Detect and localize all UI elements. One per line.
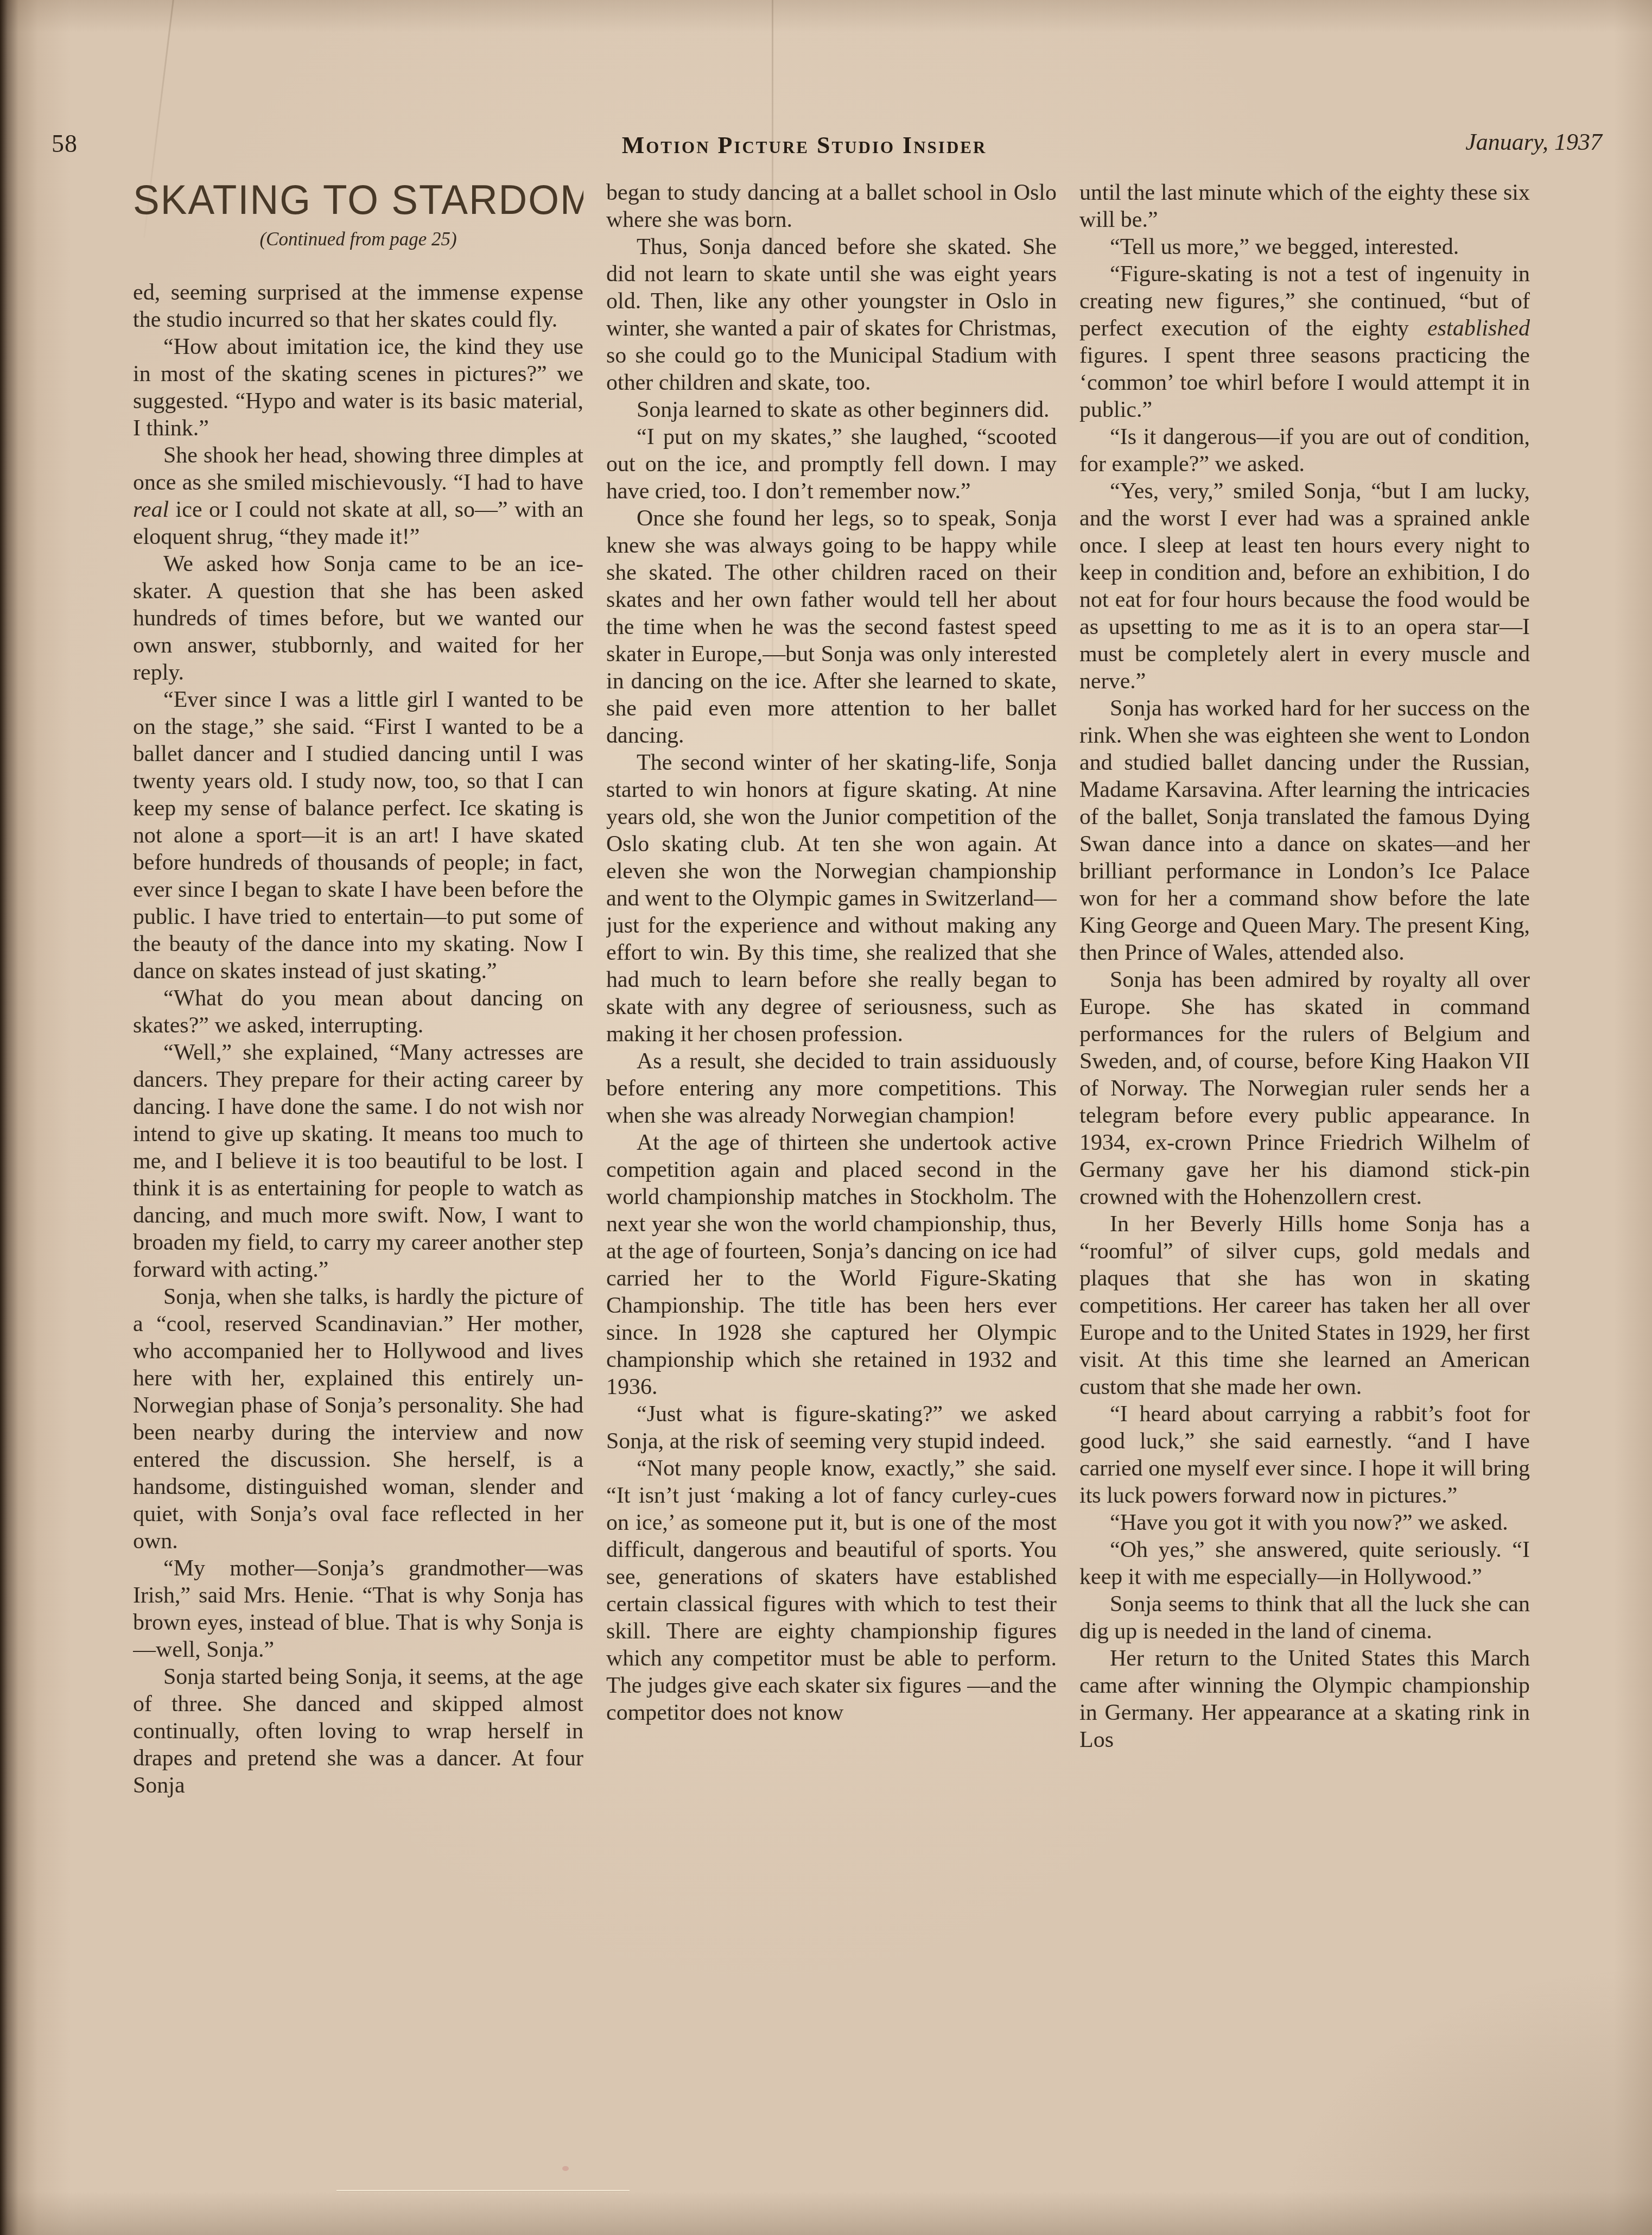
paragraph: “Oh yes,” she answered, quite seriously.… xyxy=(1079,1536,1530,1591)
paper-crease-vertical xyxy=(772,0,773,814)
paragraph: “Just what is figure-skating?” we asked … xyxy=(606,1401,1057,1455)
paragraph: She shook her head, showing three dimple… xyxy=(133,442,583,550)
paragraph: “Well,” she explained, “Many actresses a… xyxy=(133,1039,583,1283)
paragraph: The second winter of her skating-life, S… xyxy=(606,749,1057,1048)
text-column-3: until the last minute which of the eight… xyxy=(1079,179,1530,2220)
paragraph: Thus, Sonja danced before she skated. Sh… xyxy=(606,233,1057,396)
paragraph: At the age of thirteen she undertook act… xyxy=(606,1129,1057,1401)
paragraph: Sonja has worked hard for her success on… xyxy=(1079,695,1530,966)
article-content: SKATING TO STARDOM (Continued from page … xyxy=(133,179,1530,2220)
paper-scratch xyxy=(336,2190,630,2191)
paragraph: “Tell us more,” we begged, interested. xyxy=(1079,233,1530,261)
paragraph: “Figure-skating is not a test of ingenui… xyxy=(1079,261,1530,423)
paragraph: ed, seeming surprised at the immense exp… xyxy=(133,279,583,333)
text-column-1: SKATING TO STARDOM (Continued from page … xyxy=(133,179,583,2220)
paragraph: Her return to the United States this Mar… xyxy=(1079,1645,1530,1753)
paragraph: “Yes, very,” smiled Sonja, “but I am luc… xyxy=(1079,478,1530,695)
paragraph: “My mother—Sonja’s grandmother—was Irish… xyxy=(133,1555,583,1663)
paragraph: Sonja learned to skate as other beginner… xyxy=(606,396,1057,423)
article-title-block: SKATING TO STARDOM (Continued from page … xyxy=(133,187,583,253)
paragraph: “Not many people know, exactly,” she sai… xyxy=(606,1455,1057,1726)
article-title: SKATING TO STARDOM xyxy=(133,186,583,214)
paragraph: until the last minute which of the eight… xyxy=(1079,179,1530,233)
paragraph: “I put on my skates,” she laughed, “scoo… xyxy=(606,423,1057,505)
column-1-text: ed, seeming surprised at the immense exp… xyxy=(133,279,583,1799)
paragraph: “I heard about carrying a rabbit’s foot … xyxy=(1079,1401,1530,1509)
paragraph: “How about imitation ice, the kind they … xyxy=(133,333,583,442)
continued-from-note: (Continued from page 25) xyxy=(133,226,583,253)
paragraph: As a result, she decided to train assidu… xyxy=(606,1048,1057,1129)
paragraph: “Ever since I was a little girl I wanted… xyxy=(133,686,583,985)
paragraph: Sonja, when she talks, is hardly the pic… xyxy=(133,1283,583,1555)
paragraph: Sonja started being Sonja, it seems, at … xyxy=(133,1663,583,1799)
paragraph: Once she found her legs, so to speak, So… xyxy=(606,505,1057,749)
paragraph: Sonja seems to think that all the luck s… xyxy=(1079,1591,1530,1645)
paragraph: In her Beverly Hills home Sonja has a “r… xyxy=(1079,1211,1530,1401)
paragraph: Sonja has been admired by royalty all ov… xyxy=(1079,966,1530,1211)
journal-title: Motion Picture Studio Insider xyxy=(0,131,1609,159)
magazine-page-scan: 58 Motion Picture Studio Insider January… xyxy=(0,0,1652,2235)
paper-blemish xyxy=(562,2166,569,2171)
paragraph: “Have you got it with you now?” we asked… xyxy=(1079,1509,1530,1536)
paragraph: began to study dancing at a ballet schoo… xyxy=(606,179,1057,233)
paragraph: “What do you mean about dancing on skate… xyxy=(133,985,583,1039)
issue-date: January, 1937 xyxy=(1465,128,1602,156)
paragraph: “Is it dangerous—if you are out of condi… xyxy=(1079,423,1530,478)
column-3-text: until the last minute which of the eight… xyxy=(1079,179,1530,1753)
text-column-2: began to study dancing at a ballet schoo… xyxy=(606,179,1057,2220)
corner-shadow xyxy=(1272,1964,1652,2235)
column-2-text: began to study dancing at a ballet schoo… xyxy=(606,179,1057,1726)
paragraph: We asked how Sonja came to be an ice-ska… xyxy=(133,550,583,686)
